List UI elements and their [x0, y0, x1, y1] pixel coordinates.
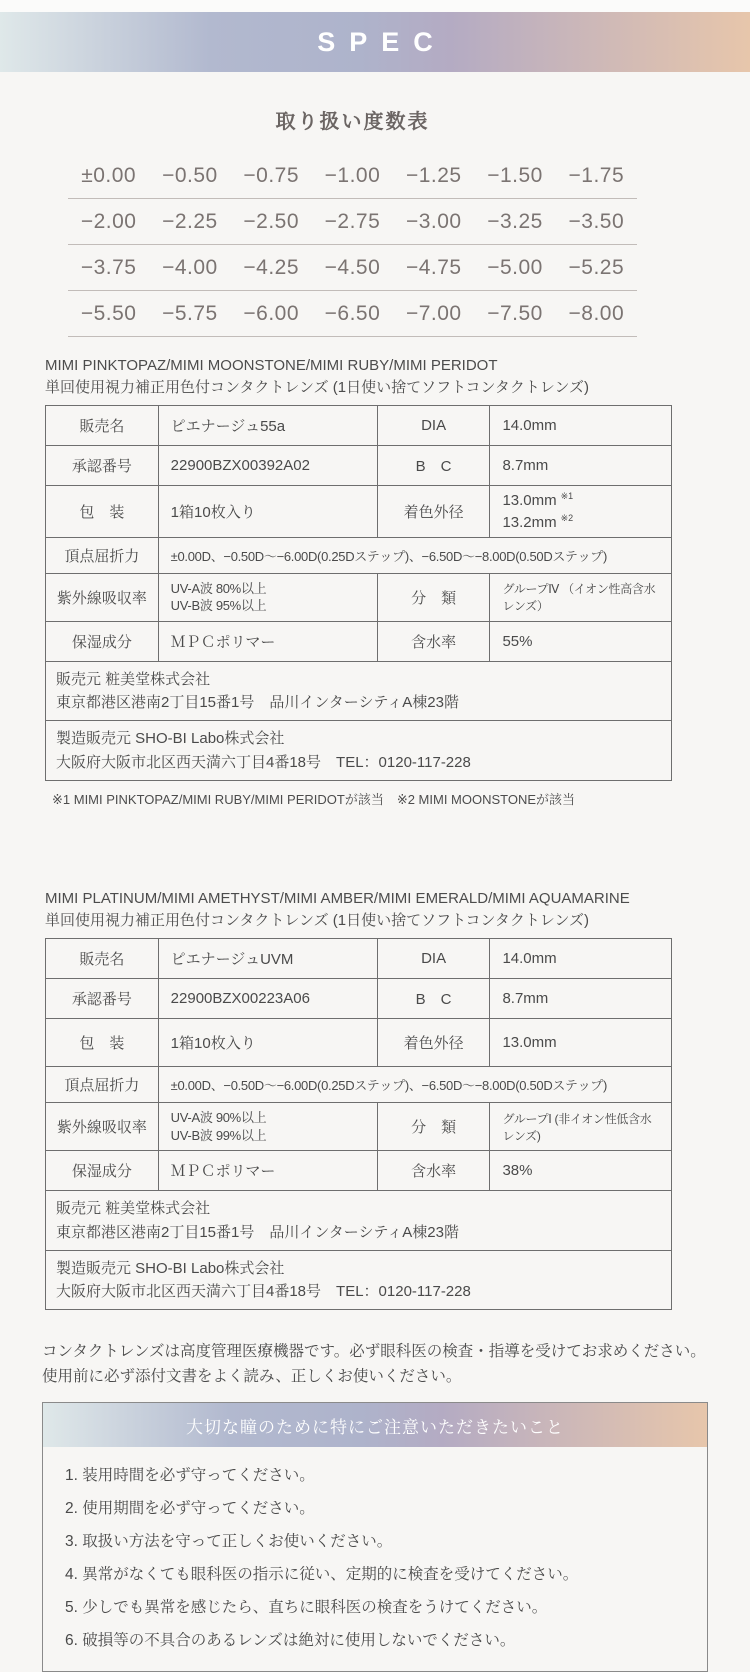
power-table-title: 取り扱い度数表 — [68, 105, 637, 134]
value-bunrui: グループⅣ （イオン性高含水レンズ） — [490, 573, 672, 621]
table-row: 紫外線吸収率 UV-A波 90%以上 UV-B波 99%以上 分 類 グループⅠ… — [46, 1103, 672, 1151]
power-value: −2.50 — [231, 210, 312, 234]
power-row: −2.00 −2.25 −2.50 −2.75 −3.00 −3.25 −3.5… — [68, 199, 637, 245]
uv-a: UV-A波 80%以上 — [171, 580, 369, 598]
table-row: 保湿成分 ＭＰＣポリマー 含水率 55% — [46, 621, 672, 661]
label-hoso: 包 装 — [46, 486, 159, 538]
power-value: ±0.00 — [68, 164, 149, 188]
power-value: −3.50 — [556, 210, 637, 234]
maker-address: 大阪府大阪市北区西天満六丁目4番18号 TEL：0120-117-228 — [56, 1280, 661, 1303]
value-hoshitsu: ＭＰＣポリマー — [158, 1151, 377, 1191]
power-value: −4.00 — [149, 256, 230, 280]
seller-address: 東京都港区港南2丁目15番1号 品川インターシティA棟23階 — [56, 1221, 661, 1244]
value-bc: 8.7mm — [490, 446, 672, 486]
product1-footnote: ※1 MIMI PINKTOPAZ/MIMI RUBY/MIMI PERIDOT… — [52, 789, 750, 808]
power-value: −5.00 — [474, 256, 555, 280]
label-choten: 頂点屈折力 — [46, 537, 159, 573]
power-value: −8.00 — [556, 302, 637, 326]
chakushoku-a: 13.0mm — [502, 492, 556, 509]
label-bunrui: 分 類 — [377, 573, 490, 621]
table-row: 販売名 ピエナージュUVM DIA 14.0mm — [46, 939, 672, 979]
maker-address: 大阪府大阪市北区西天満六丁目4番18号 TEL：0120-117-228 — [56, 751, 661, 774]
power-table: ±0.00 −0.50 −0.75 −1.00 −1.25 −1.50 −1.7… — [68, 153, 637, 337]
label-bunrui: 分 類 — [377, 1103, 490, 1151]
table-row: 紫外線吸収率 UV-A波 80%以上 UV-B波 95%以上 分 類 グループⅣ… — [46, 573, 672, 621]
table-row: 販売名 ピエナージュ55a DIA 14.0mm — [46, 406, 672, 446]
label-hanbaimei: 販売名 — [46, 406, 159, 446]
spec-header-band: SPEC — [0, 12, 750, 72]
caution-box: 大切な瞳のために特にご注意いただきたいこと 1. 装用時間を必ず守ってください。… — [42, 1402, 708, 1672]
uv-a: UV-A波 90%以上 — [171, 1109, 369, 1127]
value-gansui: 38% — [490, 1151, 672, 1191]
label-shonin: 承認番号 — [46, 446, 159, 486]
chakushoku-a-note: ※1 — [561, 491, 574, 501]
power-value: −7.50 — [474, 302, 555, 326]
table-row: 頂点屈折力 ±0.00D、−0.50D～−6.00D(0.25Dステップ)、−6… — [46, 1067, 672, 1103]
label-chakushoku: 着色外径 — [377, 1019, 490, 1067]
label-gansui: 含水率 — [377, 1151, 490, 1191]
label-hoshitsu: 保湿成分 — [46, 621, 159, 661]
power-value: −1.00 — [312, 164, 393, 188]
power-value: −0.50 — [149, 164, 230, 188]
medical-notice: コンタクトレンズは高度管理医療機器です。必ず眼科医の検査・指導を受けてお求めくだ… — [42, 1340, 714, 1389]
label-hoshitsu: 保湿成分 — [46, 1151, 159, 1191]
power-row: −3.75 −4.00 −4.25 −4.50 −4.75 −5.00 −5.2… — [68, 245, 637, 291]
label-uv: 紫外線吸収率 — [46, 1103, 159, 1151]
table-row: 頂点屈折力 ±0.00D、−0.50D～−6.00D(0.25Dステップ)、−6… — [46, 537, 672, 573]
value-hoso: 1箱10枚入り — [158, 1019, 377, 1067]
uv-b: UV-B波 95%以上 — [171, 597, 369, 615]
label-hoso: 包 装 — [46, 1019, 159, 1067]
label-dia: DIA — [377, 939, 490, 979]
value-hoso: 1箱10枚入り — [158, 486, 377, 538]
value-hanbaimei: ピエナージュ55a — [158, 406, 377, 446]
value-hoshitsu: ＭＰＣポリマー — [158, 621, 377, 661]
product2-heading: MIMI PLATINUM/MIMI AMETHYST/MIMI AMBER/M… — [45, 888, 672, 932]
label-chakushoku: 着色外径 — [377, 486, 490, 538]
chakushoku-b: 13.2mm — [502, 514, 556, 531]
value-dia: 14.0mm — [490, 939, 672, 979]
power-value: −2.00 — [68, 210, 149, 234]
label-shonin: 承認番号 — [46, 979, 159, 1019]
maker-name: 製造販売元 SHO-BI Labo株式会社 — [56, 727, 661, 750]
power-value: −3.00 — [393, 210, 474, 234]
value-choten: ±0.00D、−0.50D～−6.00D(0.25Dステップ)、−6.50D～−… — [158, 537, 671, 573]
caution-item: 6. 破損等の不具合のあるレンズは絶対に使用しないでください。 — [65, 1624, 689, 1657]
label-dia: DIA — [377, 406, 490, 446]
value-gansui: 55% — [490, 621, 672, 661]
value-shonin: 22900BZX00223A06 — [158, 979, 377, 1019]
seller-address: 東京都港区港南2丁目15番1号 品川インターシティA棟23階 — [56, 691, 661, 714]
value-chakushoku: 13.0mm※1 13.2mm※2 — [490, 486, 672, 538]
product2-type: 単回使用視力補正用色付コンタクトレンズ (1日使い捨てソフトコンタクトレンズ) — [45, 910, 672, 932]
spec-title: SPEC — [303, 27, 447, 58]
table-row-maker: 製造販売元 SHO-BI Labo株式会社 大阪府大阪市北区西天満六丁目4番18… — [46, 1250, 672, 1310]
power-row: ±0.00 −0.50 −0.75 −1.00 −1.25 −1.50 −1.7… — [68, 153, 637, 199]
caution-item: 3. 取扱い方法を守って正しくお使いください。 — [65, 1525, 689, 1558]
power-value: −6.50 — [312, 302, 393, 326]
label-uv: 紫外線吸収率 — [46, 573, 159, 621]
value-uv: UV-A波 80%以上 UV-B波 95%以上 — [158, 573, 377, 621]
caution-header-band: 大切な瞳のために特にご注意いただきたいこと — [43, 1403, 707, 1447]
product1-spec-table: 販売名 ピエナージュ55a DIA 14.0mm 承認番号 22900BZX00… — [45, 405, 672, 781]
maker-info: 製造販売元 SHO-BI Labo株式会社 大阪府大阪市北区西天満六丁目4番18… — [46, 1250, 672, 1310]
value-bc: 8.7mm — [490, 979, 672, 1019]
top-strip — [0, 0, 750, 12]
maker-info: 製造販売元 SHO-BI Labo株式会社 大阪府大阪市北区西天満六丁目4番18… — [46, 721, 672, 781]
label-bc: B C — [377, 446, 490, 486]
power-value: −5.50 — [68, 302, 149, 326]
label-bc: B C — [377, 979, 490, 1019]
power-value: −1.75 — [556, 164, 637, 188]
caution-list: 1. 装用時間を必ず守ってください。 2. 使用期間を必ず守ってください。 3.… — [43, 1447, 707, 1671]
value-uv: UV-A波 90%以上 UV-B波 99%以上 — [158, 1103, 377, 1151]
label-choten: 頂点屈折力 — [46, 1067, 159, 1103]
power-value: −5.75 — [149, 302, 230, 326]
maker-name: 製造販売元 SHO-BI Labo株式会社 — [56, 1257, 661, 1280]
power-row: −5.50 −5.75 −6.00 −6.50 −7.00 −7.50 −8.0… — [68, 291, 637, 337]
product2-spec-table: 販売名 ピエナージュUVM DIA 14.0mm 承認番号 22900BZX00… — [45, 938, 672, 1310]
chakushoku-b-note: ※2 — [561, 513, 574, 523]
power-value: −2.25 — [149, 210, 230, 234]
label-hanbaimei: 販売名 — [46, 939, 159, 979]
power-value: −7.00 — [393, 302, 474, 326]
power-value: −4.25 — [231, 256, 312, 280]
seller-info: 販売元 粧美堂株式会社 東京都港区港南2丁目15番1号 品川インターシティA棟2… — [46, 661, 672, 721]
value-dia: 14.0mm — [490, 406, 672, 446]
power-value: −3.25 — [474, 210, 555, 234]
value-bunrui: グループⅠ (非イオン性低含水レンズ) — [490, 1103, 672, 1151]
table-row-seller: 販売元 粧美堂株式会社 東京都港区港南2丁目15番1号 品川インターシティA棟2… — [46, 1191, 672, 1251]
seller-name: 販売元 粧美堂株式会社 — [56, 668, 661, 691]
product2-names: MIMI PLATINUM/MIMI AMETHYST/MIMI AMBER/M… — [45, 888, 672, 910]
table-row: 包 装 1箱10枚入り 着色外径 13.0mm — [46, 1019, 672, 1067]
power-value: −0.75 — [231, 164, 312, 188]
table-row: 承認番号 22900BZX00223A06 B C 8.7mm — [46, 979, 672, 1019]
power-value: −6.00 — [231, 302, 312, 326]
caution-title: 大切な瞳のために特にご注意いただきたいこと — [186, 1413, 564, 1438]
caution-item: 1. 装用時間を必ず守ってください。 — [65, 1459, 689, 1492]
table-row: 承認番号 22900BZX00392A02 B C 8.7mm — [46, 446, 672, 486]
value-choten: ±0.00D、−0.50D～−6.00D(0.25Dステップ)、−6.50D～−… — [158, 1067, 671, 1103]
power-value: −3.75 — [68, 256, 149, 280]
caution-item: 5. 少しでも異常を感じたら、直ちに眼科医の検査をうけてください。 — [65, 1591, 689, 1624]
medical-notice-line2: 使用前に必ず添付文書をよく読み、正しくお使いください。 — [42, 1365, 714, 1389]
table-row: 包 装 1箱10枚入り 着色外径 13.0mm※1 13.2mm※2 — [46, 486, 672, 538]
uv-b: UV-B波 99%以上 — [171, 1127, 369, 1145]
product1-heading: MIMI PINKTOPAZ/MIMI MOONSTONE/MIMI RUBY/… — [45, 355, 672, 399]
product1-names: MIMI PINKTOPAZ/MIMI MOONSTONE/MIMI RUBY/… — [45, 355, 672, 377]
table-row-maker: 製造販売元 SHO-BI Labo株式会社 大阪府大阪市北区西天満六丁目4番18… — [46, 721, 672, 781]
value-shonin: 22900BZX00392A02 — [158, 446, 377, 486]
seller-info: 販売元 粧美堂株式会社 東京都港区港南2丁目15番1号 品川インターシティA棟2… — [46, 1191, 672, 1251]
value-chakushoku: 13.0mm — [490, 1019, 672, 1067]
caution-item: 2. 使用期間を必ず守ってください。 — [65, 1492, 689, 1525]
table-row-seller: 販売元 粧美堂株式会社 東京都港区港南2丁目15番1号 品川インターシティA棟2… — [46, 661, 672, 721]
power-value: −4.50 — [312, 256, 393, 280]
power-value: −4.75 — [393, 256, 474, 280]
product1-type: 単回使用視力補正用色付コンタクトレンズ (1日使い捨てソフトコンタクトレンズ) — [45, 377, 672, 399]
power-value: −1.25 — [393, 164, 474, 188]
power-value: −1.50 — [474, 164, 555, 188]
seller-name: 販売元 粧美堂株式会社 — [56, 1197, 661, 1220]
power-value: −2.75 — [312, 210, 393, 234]
medical-notice-line1: コンタクトレンズは高度管理医療機器です。必ず眼科医の検査・指導を受けてお求めくだ… — [42, 1340, 714, 1364]
table-row: 保湿成分 ＭＰＣポリマー 含水率 38% — [46, 1151, 672, 1191]
power-value: −5.25 — [556, 256, 637, 280]
label-gansui: 含水率 — [377, 621, 490, 661]
caution-item: 4. 異常がなくても眼科医の指示に従い、定期的に検査を受けてください。 — [65, 1558, 689, 1591]
value-hanbaimei: ピエナージュUVM — [158, 939, 377, 979]
